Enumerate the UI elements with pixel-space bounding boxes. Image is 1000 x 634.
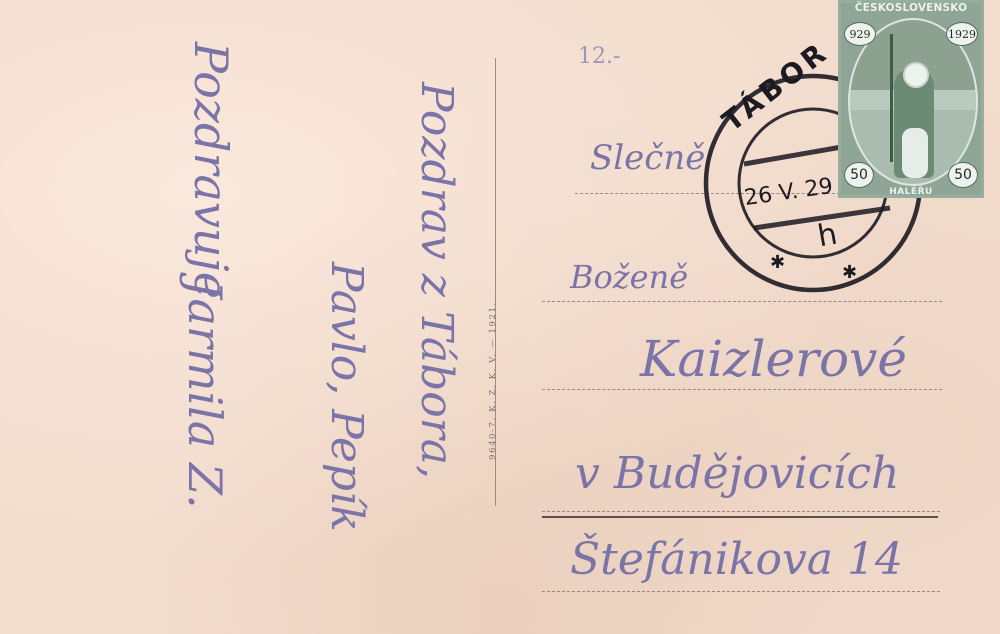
address-line-5 [542,591,940,592]
message-line-2: Pavlo, Pepík [321,262,372,532]
halo-icon [903,62,929,88]
horse-icon [902,128,928,178]
stamp-year-left: 929 [844,22,876,46]
address-first-name: Boženě [570,258,688,296]
address-line-4 [542,511,940,512]
lance-icon [890,34,893,162]
address-surname: Kaizlerové [640,330,907,388]
stamp-value-left: 50 [844,162,874,188]
address-underline [542,516,938,518]
stamp-currency: HALÉŘU [838,187,984,197]
postage-stamp: ČESKOSLOVENSKO 929 1929 50 50 HALÉŘU [838,0,984,198]
stamp-value-right: 50 [948,162,978,188]
postcard-back: Pozdrav z Tábora, Pavlo, Pepík Pozdravuj… [0,0,1000,634]
address-city: v Budějovicích [575,448,899,499]
message-line-1: Pozdrav z Tábora, [411,82,462,479]
address-line-3 [542,389,942,390]
address-street: Štefánikova 14 [570,534,903,585]
message-line-3: Pozdravuje [184,42,238,299]
stamp-year-right: 1929 [946,22,978,46]
pencil-note: 12.- [578,44,620,69]
message-line-4: Jarmila Z. [178,280,232,509]
stamp-country: ČESKOSLOVENSKO [838,2,984,14]
publisher-imprint: 9640-7. K. Z. K. V. — 1921. [488,301,498,460]
address-line-2 [542,301,942,302]
svg-text:✱: ✱ [842,262,857,283]
address-salutation: Slečně [590,138,705,178]
svg-text:✱: ✱ [770,252,785,273]
